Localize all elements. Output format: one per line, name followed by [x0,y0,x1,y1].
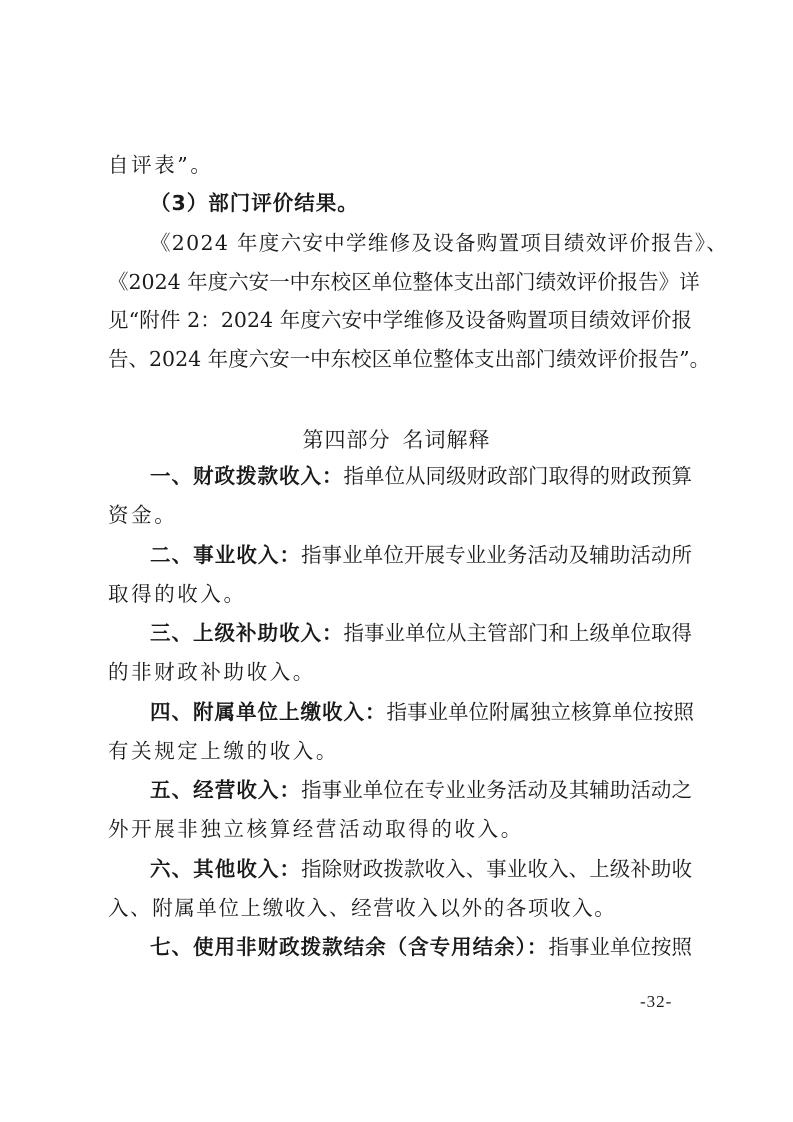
paragraph-line: 见“附件 2：2024 年度六安中学维修及设备购置项目绩效评价报 [108,308,692,332]
term-definition-line: 三、上级补助收入：指事业单位从主管部门和上级单位取得 [150,621,692,645]
section-heading: 第四部分名词解释 [0,424,793,454]
paragraph-line: 告、2024 年度六安一中东校区单位整体支出部门绩效评价报告”。 [108,347,692,371]
term-text: 指事业单位从主管部门和上级单位取得 [344,621,693,645]
term-definition-continuation: 有关规定上缴的收入。 [108,739,692,763]
term-text: 指事业单位附属独立核算单位按照 [387,700,695,724]
term-text: 指事业单位在专业业务活动及其辅助活动之 [301,778,692,802]
term-label: 五、经营收入： [150,778,301,802]
term-label: 三、上级补助收入： [150,621,344,645]
term-definition-continuation: 的非财政补助收入。 [108,660,692,684]
section-heading-part: 第四部分 [303,428,391,452]
term-text: 指事业单位开展专业业务活动及辅助活动所 [301,543,692,567]
subheading-evaluation-results: （3）部门评价结果。 [150,191,692,215]
term-label: 六、其他收入： [150,857,301,881]
term-definition-line: 一、财政拨款收入：指单位从同级财政部门取得的财政预算 [150,464,692,488]
paragraph-line: 《2024 年度六安一中东校区单位整体支出部门绩效评价报告》详 [108,270,692,294]
term-definition-continuation: 入、附属单位上缴收入、经营收入以外的各项收入。 [108,896,692,920]
term-text: 指事业单位按照 [548,935,692,959]
term-text: 指除财政拨款收入、事业收入、上级补助收 [301,857,692,881]
term-label: 二、事业收入： [150,543,301,567]
term-label: 一、财政拨款收入： [150,464,344,488]
section-heading-name: 名词解释 [403,428,491,452]
paragraph-line: 《2024 年度六安中学维修及设备购置项目绩效评价报告》、 [150,231,692,255]
term-definition-line: 四、附属单位上缴收入：指事业单位附属独立核算单位按照 [150,700,692,724]
term-definition-line: 五、经营收入：指事业单位在专业业务活动及其辅助活动之 [150,778,692,802]
term-label: 四、附属单位上缴收入： [150,700,387,724]
term-label: 七、使用非财政拨款结余（含专用结余）： [150,935,548,959]
term-definition-continuation: 取得的收入。 [108,582,692,606]
term-definition-line: 二、事业收入：指事业单位开展专业业务活动及辅助活动所 [150,543,692,567]
term-definition-line: 六、其他收入：指除财政拨款收入、事业收入、上级补助收 [150,857,692,881]
page-number: -32- [640,992,672,1012]
term-text: 指单位从同级财政部门取得的财政预算 [344,464,693,488]
term-definition-continuation: 外开展非独立核算经营活动取得的收入。 [108,817,692,841]
term-definition-continuation: 资金。 [108,503,692,527]
term-definition-line: 七、使用非财政拨款结余（含专用结余）：指事业单位按照 [150,935,692,959]
continued-line: 自评表”。 [108,153,692,177]
